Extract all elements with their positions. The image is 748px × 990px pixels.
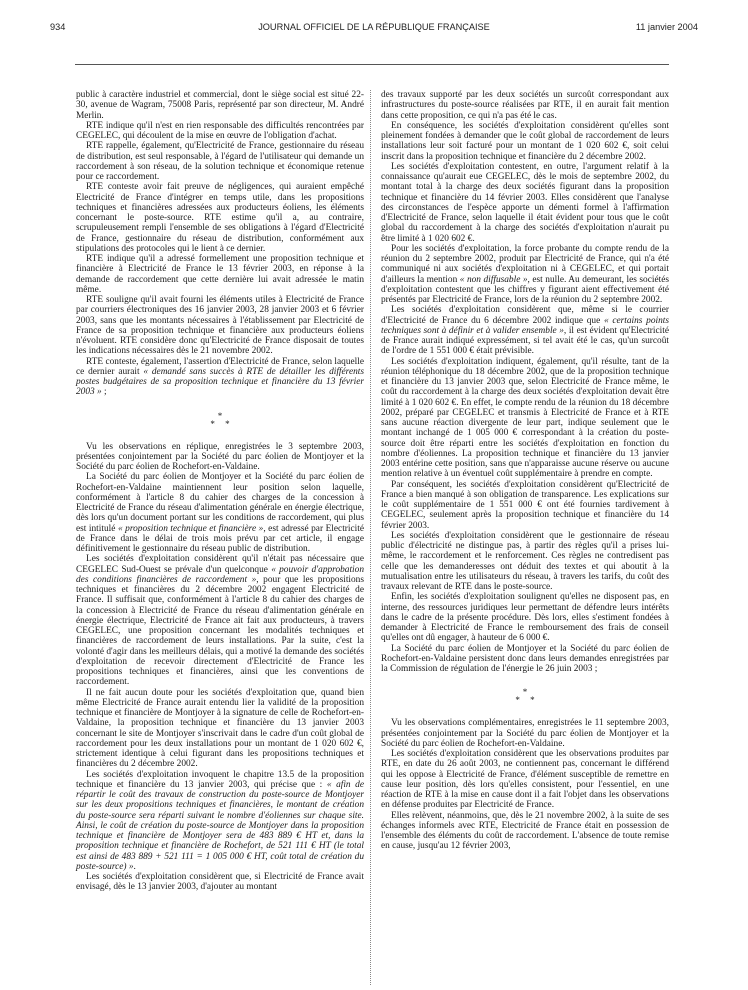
- paragraph: Pour les sociétés d'exploitation, la for…: [381, 244, 669, 306]
- paragraph: Vu les observations complémentaires, enr…: [381, 718, 669, 749]
- left-column: public à caractère industriel et commerc…: [76, 90, 364, 893]
- section-separator: * * *: [76, 412, 364, 428]
- paragraph: des travaux supporté par les deux sociét…: [381, 90, 669, 121]
- paragraph: RTE conteste avoir fait preuve de néglig…: [76, 182, 364, 254]
- quotation: « afin de répartir le coût des travaux d…: [76, 780, 364, 872]
- paragraph: Les sociétés d'exploitation indiquent, é…: [381, 357, 669, 480]
- paragraph: Par conséquent, les sociétés d'exploitat…: [381, 480, 669, 531]
- journal-title: JOURNAL OFFICIEL DE LA RÉPUBLIQUE FRANÇA…: [50, 22, 698, 32]
- quotation: « proposition technique et financière »: [118, 524, 263, 534]
- right-column: des travaux supporté par les deux sociét…: [381, 90, 669, 852]
- page-header: 934 JOURNAL OFFICIEL DE LA RÉPUBLIQUE FR…: [50, 22, 698, 36]
- publication-date: 11 janvier 2004: [636, 22, 698, 32]
- paragraph: Les sociétés d'exploitation contestent, …: [381, 162, 669, 244]
- column-divider: [370, 90, 371, 985]
- paragraph: RTE souligne qu'il avait fourni les élém…: [76, 295, 364, 357]
- paragraph: En conséquence, les sociétés d'exploitat…: [381, 121, 669, 162]
- paragraph: RTE indique qu'il a adressé formellement…: [76, 254, 364, 295]
- paragraph: RTE conteste, également, l'assertion d'E…: [76, 357, 364, 398]
- paragraph: public à caractère industriel et commerc…: [76, 90, 364, 121]
- paragraph: La Société du parc éolien de Montjoyer e…: [76, 472, 364, 554]
- paragraph: Les sociétés d'exploitation considèrent …: [381, 531, 669, 593]
- paragraph: Les sociétés d'exploitation considèrent …: [76, 554, 364, 687]
- paragraph: Les sociétés d'exploitation considèrent …: [76, 872, 364, 893]
- paragraph: Vu les observations en réplique, enregis…: [76, 442, 364, 473]
- section-separator: * * *: [381, 688, 669, 704]
- paragraph: Enfin, les sociétés d'exploitation souli…: [381, 592, 669, 643]
- paragraph: Il ne fait aucun doute pour les sociétés…: [76, 688, 364, 770]
- paragraph: Les sociétés d'exploitation invoquent le…: [76, 770, 364, 873]
- header-rule: [75, 64, 669, 65]
- quotation: « non diffusable »: [460, 275, 528, 285]
- paragraph: La Société du parc éolien de Montjoyer e…: [381, 644, 669, 675]
- paragraph: RTE indique qu'il n'est en rien responsa…: [76, 121, 364, 142]
- paragraph: Elles relèvent, néanmoins, que, dès le 2…: [381, 811, 669, 852]
- paragraph: RTE rappelle, également, qu'Electricité …: [76, 141, 364, 182]
- paragraph: Les sociétés d'exploitation considèrent …: [381, 305, 669, 356]
- paragraph: Les sociétés d'exploitation considèrent …: [381, 749, 669, 811]
